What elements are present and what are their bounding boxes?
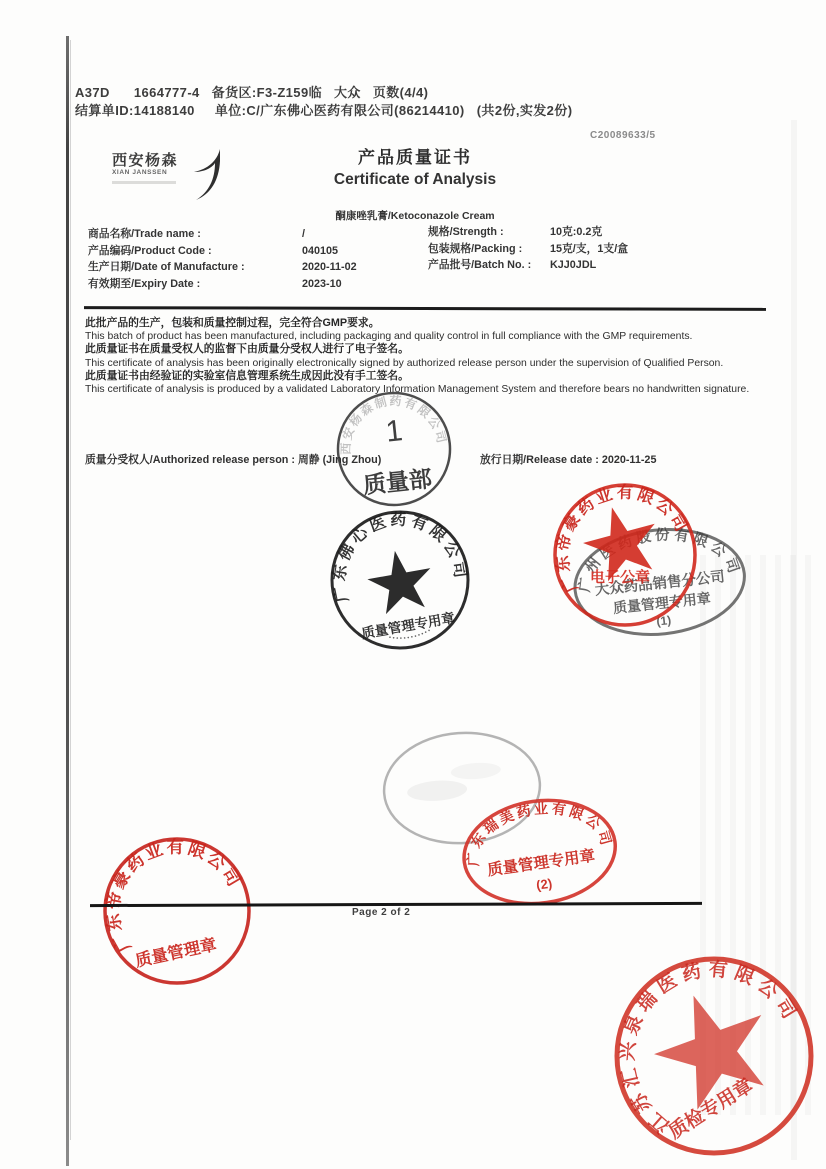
logo-text-en: XIAN JANSSEN xyxy=(112,169,178,176)
field-value: 2020-11-02 xyxy=(302,261,357,273)
page-number: Page 2 of 2 xyxy=(352,907,410,918)
release-date: 放行日期/Release date : 2020-11-25 xyxy=(480,452,656,467)
scan-artifact-left-line-2 xyxy=(70,40,71,1140)
fields-left: 商品名称/Trade name :/ 产品编码/Product Code :04… xyxy=(88,226,357,292)
title-en: Certificate of Analysis xyxy=(250,171,580,189)
scan-artifact-left-line xyxy=(66,36,69,1166)
scanned-certificate-page: { "header": { "line1": "A37D 1664777-4 备… xyxy=(0,0,826,1169)
product-name: 酮康唑乳膏/Ketoconazole Cream xyxy=(250,208,580,223)
stamp-line2: (2) xyxy=(535,876,553,893)
field-row: 包装规格/Packing :15克/支，1支/盒 xyxy=(428,241,628,258)
field-row: 产品批号/Batch No. :KJJ0JDL xyxy=(428,257,628,274)
release-date-value: 2020-11-25 xyxy=(602,454,657,466)
field-value: 10克:0.2克 xyxy=(550,226,602,238)
field-row: 生产日期/Date of Manufacture :2020-11-02 xyxy=(88,259,357,276)
field-label: 产品编码/Product Code : xyxy=(88,243,302,258)
stamp-label: 电子公章 xyxy=(590,568,650,586)
field-label: 商品名称/Trade name : xyxy=(88,226,302,241)
field-label: 生产日期/Date of Manufacture : xyxy=(88,259,302,274)
statement-en: This batch of product has been manufactu… xyxy=(85,330,782,343)
field-value: KJJ0JDL xyxy=(550,259,596,271)
field-value: 15克/支，1支/盒 xyxy=(550,243,628,255)
field-label: 规格/Strength : xyxy=(428,224,550,239)
doc-code: C20089633/5 xyxy=(590,130,656,141)
stamp-ruimei-quality-seal: 广东瑞美药业有限公司 质量管理专用章 (2) xyxy=(442,780,638,929)
header-meta-line2: 结算单ID:14188140 单位:C/广东佛心医药有限公司(86214410)… xyxy=(75,100,572,119)
logo-text-cn: 西安杨森 xyxy=(112,153,178,168)
stamp-line1: 质量管理专用章 xyxy=(486,845,597,879)
field-value: 040105 xyxy=(302,245,338,257)
stamp-bottom-text: 质量管理章 xyxy=(133,934,218,971)
field-row: 商品名称/Trade name :/ xyxy=(88,226,357,243)
release-person-label: 质量分受权人/Authorized release person : xyxy=(85,454,295,466)
statement-cn: 此批产品的生产，包装和质量控制过程，完全符合GMP要求。 xyxy=(85,317,782,330)
header-meta-line1: A37D 1664777-4 备货区:F3-Z159临 大众 页数(4/4) xyxy=(75,82,428,101)
svg-text:广东帝豪药业有限公司: 广东帝豪药业有限公司 xyxy=(92,826,246,956)
field-row: 规格/Strength :10克:0.2克 xyxy=(428,224,628,241)
section-divider xyxy=(84,306,766,311)
star-icon xyxy=(363,545,436,616)
release-date-label: 放行日期/Release date : xyxy=(480,454,599,466)
statement-en: This certificate of analysis has been or… xyxy=(85,357,782,370)
fields-right: 规格/Strength :10克:0.2克 包装规格/Packing :15克/… xyxy=(428,224,628,274)
janssen-logo: 西安杨森 XIAN JANSSEN xyxy=(112,153,224,203)
statement-cn: 此质量证书在质量受权人的监督下由质量分受权人进行了电子签名。 xyxy=(85,343,782,356)
field-label: 包装规格/Packing : xyxy=(428,241,550,256)
field-label: 有效期至/Expiry Date : xyxy=(88,276,302,291)
field-value: / xyxy=(302,228,305,240)
stamp-dept: 质量部 xyxy=(362,465,433,498)
certificate-title: 产品质量证书 Certificate of Analysis xyxy=(250,143,580,189)
field-value: 2023-10 xyxy=(302,278,342,290)
field-row: 产品编码/Product Code :040105 xyxy=(88,243,357,260)
stamp-foshan-quality-seal: 广东佛心医药有限公司 质量管理专用章 • • • • • • • • • • •… xyxy=(307,487,492,672)
title-cn: 产品质量证书 xyxy=(250,143,580,168)
logo-swoosh-icon xyxy=(184,147,224,203)
logo-sub-rule xyxy=(112,181,176,184)
stamp-jiangsu-qc-seal: 江苏汇兴泉瑞医药有限公司 质检专用章 xyxy=(608,950,824,1169)
stamp-arc-text: 广东帝豪药业有限公司 xyxy=(92,826,246,956)
stamp-dihao-electronic-seal: 广东帝豪药业有限公司 电子公章 xyxy=(540,470,710,640)
stamp-number: 1 xyxy=(384,414,404,449)
stamp-dihao-quality-seal: 广东帝豪药业有限公司 质量管理章 xyxy=(92,826,262,996)
field-row: 有效期至/Expiry Date :2023-10 xyxy=(88,276,357,293)
field-label: 产品批号/Batch No. : xyxy=(428,257,550,272)
